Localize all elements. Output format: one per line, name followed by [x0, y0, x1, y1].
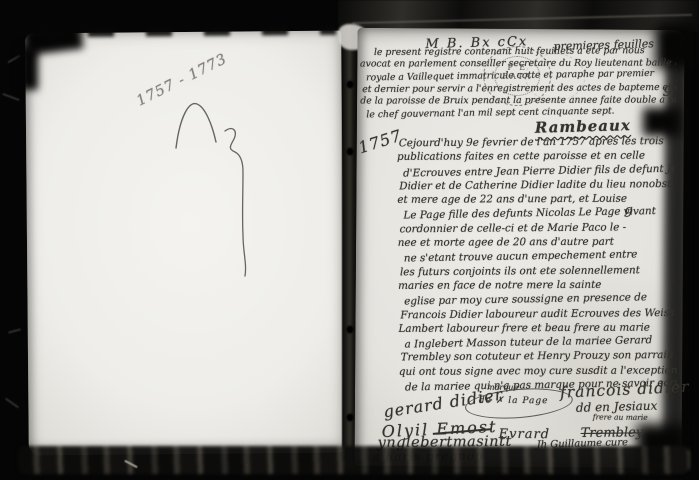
backdrop-fiber [7, 55, 20, 64]
stitch [347, 414, 353, 421]
bride-mark-label: marque [487, 383, 518, 392]
left-page: 1757 - 1773 [25, 31, 345, 456]
scanned-register-photo: 1757 - 1773 M B. Bx cCx premieres feuill… [0, 0, 699, 480]
torn-edge [20, 46, 38, 90]
backdrop-fiber [2, 93, 20, 101]
stitch [347, 326, 353, 333]
stitch [347, 81, 353, 88]
fiscal-stamp-text: P E RATA [491, 63, 543, 81]
backdrop-fiber [5, 398, 19, 409]
right-page: M B. Bx cCx premieres feuilles le presen… [354, 28, 684, 468]
pencil-date-inscription: 1757 - 1773 [134, 51, 230, 109]
backdrop-fiber [8, 328, 21, 333]
stamp-text-line: RATA [491, 72, 543, 81]
bottom-edge-shadow [18, 446, 690, 474]
margin-paraph-mark: 9 [623, 205, 633, 221]
stamp-text-line: P E [491, 63, 543, 72]
signature-relation-note: frere au marie [593, 413, 648, 422]
bride-mark-text: de ✗ la Page [479, 396, 549, 406]
marriage-entry-paragraph: Cejourd'huy 9e fevrier de l'an 1757 apre… [399, 134, 677, 394]
stitch [347, 148, 353, 155]
